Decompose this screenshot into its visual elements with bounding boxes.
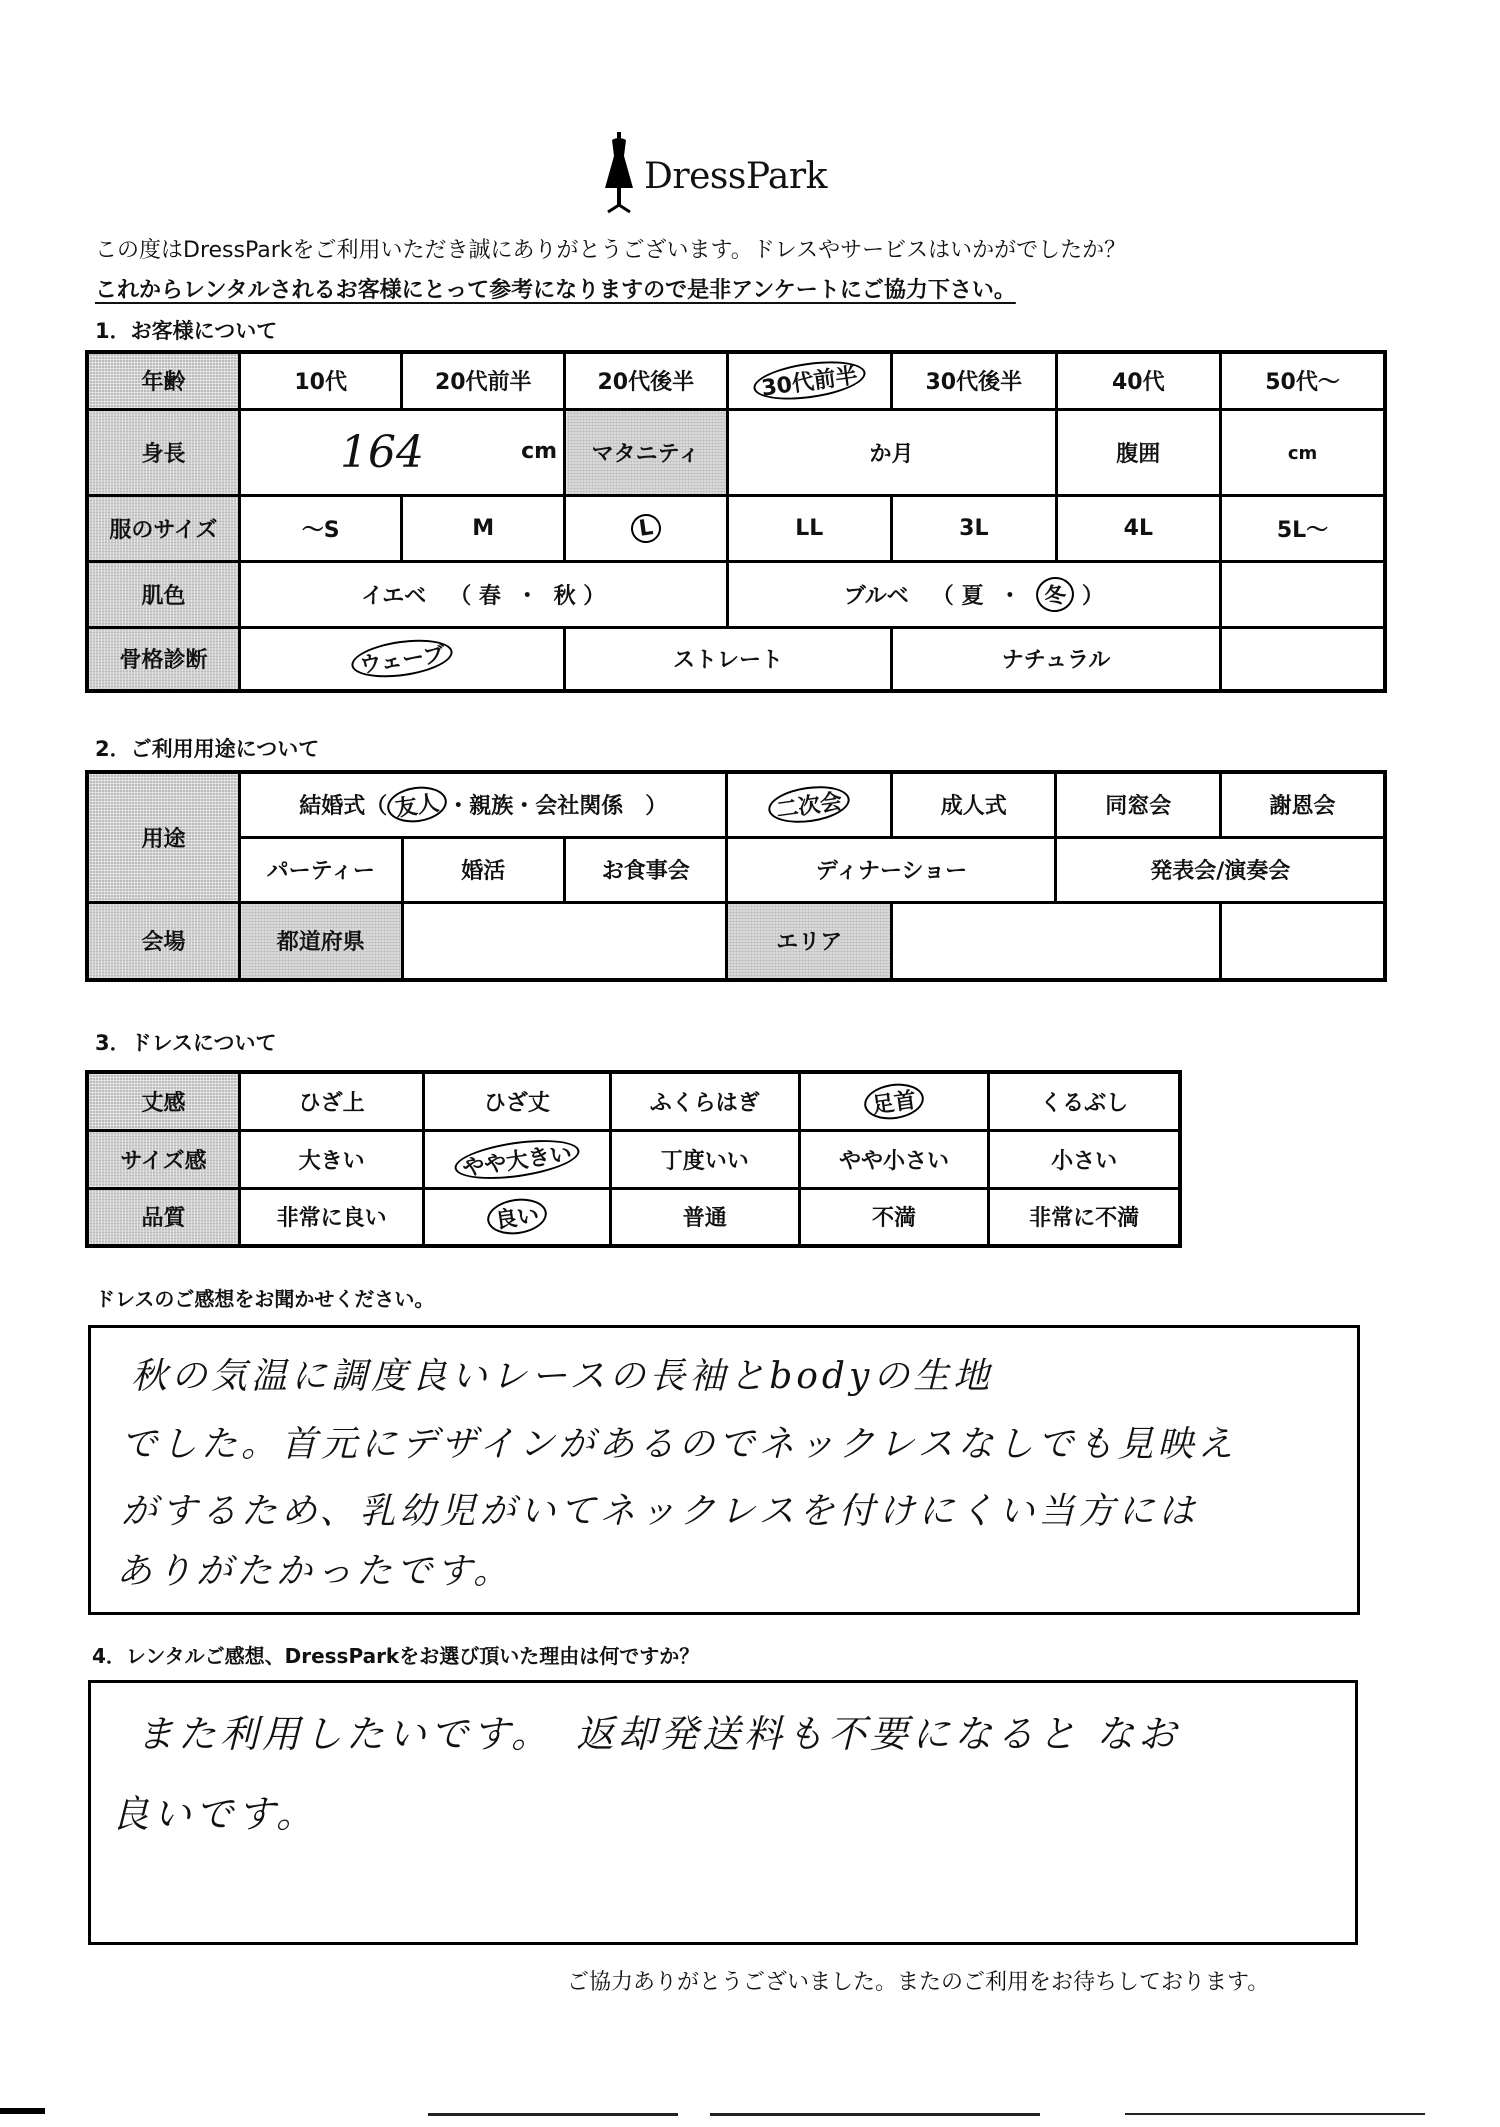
- purpose-option[interactable]: 成人式: [892, 772, 1056, 837]
- age-option[interactable]: 40代: [1056, 352, 1221, 409]
- purpose-option-selected[interactable]: 二次会: [727, 772, 892, 837]
- length-option[interactable]: ひざ丈: [424, 1072, 610, 1130]
- fit-option[interactable]: 小さい: [989, 1130, 1180, 1188]
- section4-title: 4．レンタルご感想、DressParkをお選び頂いた理由は何ですか？: [92, 1640, 699, 1669]
- length-row: 丈感 ひざ上 ひざ丈 ふくらはぎ 足首 くるぶし: [87, 1072, 1180, 1130]
- length-option[interactable]: ふくらはぎ: [610, 1072, 799, 1130]
- height-row: 身長 164 cm マタニティ か月 腹囲 cm: [87, 409, 1385, 495]
- age-option-selected[interactable]: 30代前半: [727, 352, 892, 409]
- signature-line: [1125, 2113, 1425, 2115]
- section2-title: 2．ご利用用途について: [95, 733, 319, 763]
- quality-row: 品質 非常に良い 良い 普通 不満 非常に不満: [87, 1188, 1180, 1246]
- purpose-option[interactable]: ディナーショー: [727, 837, 1056, 902]
- bone-option[interactable]: ナチュラル: [892, 627, 1221, 691]
- empty-cell: [1220, 902, 1385, 980]
- selected-circle: 良い: [485, 1195, 549, 1238]
- size-option[interactable]: 5L～: [1221, 495, 1385, 561]
- purpose-option[interactable]: パーティー: [240, 837, 402, 902]
- answer-line: また利用したいです。 返却発送料も不要になると なお: [136, 1703, 1180, 1758]
- answer-line: 良いです。: [111, 1783, 318, 1838]
- maternity-label: マタニティ: [565, 409, 727, 495]
- age-option[interactable]: 20代前半: [402, 352, 565, 409]
- section3-title: 3．ドレスについて: [95, 1027, 277, 1057]
- height-value: 164: [340, 427, 424, 478]
- intro-text: この度はDressParkをご利用いただき誠にありがとうございます。ドレスやサー…: [95, 233, 1126, 264]
- dress-form-icon: [600, 130, 638, 215]
- intro-request: これからレンタルされるお客様にとって参考になりますので是非アンケートにご協力下さ…: [95, 273, 1016, 304]
- age-option[interactable]: 30代後半: [892, 352, 1057, 409]
- skin-blue-option[interactable]: ブルベ （ 夏 ・ 冬 ）: [727, 561, 1221, 627]
- size-row: 服のサイズ ～S M L LL 3L 4L 5L～: [87, 495, 1385, 561]
- signature-line: [710, 2113, 1040, 2116]
- purpose-option[interactable]: 婚活: [402, 837, 564, 902]
- thanks-message: ご協力ありがとうございました。またのご利用をお待ちしております。: [567, 1965, 1269, 1996]
- selected-circle: ウェーブ: [349, 634, 455, 683]
- waist-field[interactable]: cm: [1221, 409, 1385, 495]
- age-option[interactable]: 10代: [239, 352, 402, 409]
- scan-mark: [0, 2108, 45, 2114]
- size-option[interactable]: 3L: [892, 495, 1057, 561]
- customer-info-table: 年齢 10代 20代前半 20代後半 30代前半 30代後半 40代 50代～ …: [85, 350, 1387, 693]
- length-label: 丈感: [87, 1072, 239, 1130]
- height-unit: cm: [521, 439, 557, 464]
- length-option[interactable]: ひざ上: [239, 1072, 423, 1130]
- age-row: 年齢 10代 20代前半 20代後半 30代前半 30代後半 40代 50代～: [87, 352, 1385, 409]
- dress-rating-table: 丈感 ひざ上 ひざ丈 ふくらはぎ 足首 くるぶし サイズ感 大きい やや大きい …: [85, 1070, 1182, 1248]
- selected-circle: 足首: [862, 1080, 926, 1123]
- prefecture-field[interactable]: [402, 902, 727, 980]
- skin-label: 肌色: [87, 561, 239, 627]
- size-option[interactable]: M: [402, 495, 565, 561]
- signature-line: [428, 2113, 678, 2116]
- bone-row: 骨格診断 ウェーブ ストレート ナチュラル: [87, 627, 1385, 691]
- size-option[interactable]: LL: [727, 495, 892, 561]
- length-option[interactable]: くるぶし: [989, 1072, 1180, 1130]
- usage-table: 用途 結婚式（友人・親族・会社関係 ） 二次会 成人式 同窓会 謝恩会 パーティ…: [85, 770, 1387, 982]
- comment-line: がするため、乳幼児がいてネックレスを付けにくい当方には: [121, 1483, 1198, 1534]
- height-label: 身長: [87, 409, 239, 495]
- selected-circle: 友人: [385, 783, 449, 826]
- wedding-option[interactable]: 結婚式（友人・親族・会社関係 ）: [240, 772, 727, 837]
- maternity-field[interactable]: か月: [727, 409, 1056, 495]
- fit-label: サイズ感: [87, 1130, 239, 1188]
- quality-option[interactable]: 非常に良い: [239, 1188, 423, 1246]
- purpose-option[interactable]: お食事会: [564, 837, 726, 902]
- quality-option[interactable]: 非常に不満: [989, 1188, 1180, 1246]
- quality-option-selected[interactable]: 良い: [424, 1188, 610, 1246]
- waist-label: 腹囲: [1056, 409, 1221, 495]
- bone-option-selected[interactable]: ウェーブ: [239, 627, 564, 691]
- empty-cell: [1221, 627, 1385, 691]
- brand-logo: DressPark: [600, 125, 900, 215]
- purpose-option[interactable]: 謝恩会: [1220, 772, 1385, 837]
- purpose-option[interactable]: 発表会/演奏会: [1056, 837, 1385, 902]
- quality-option[interactable]: 不満: [799, 1188, 988, 1246]
- comment-prompt: ドレスのご感想をお聞かせください。: [95, 1283, 434, 1312]
- brand-name: DressPark: [644, 156, 827, 197]
- prefecture-label: 都道府県: [240, 902, 402, 980]
- size-label: 服のサイズ: [87, 495, 239, 561]
- area-label: エリア: [727, 902, 892, 980]
- area-field[interactable]: [892, 902, 1221, 980]
- fit-option[interactable]: 丁度いい: [610, 1130, 799, 1188]
- age-label: 年齢: [87, 352, 239, 409]
- rental-comment-box[interactable]: また利用したいです。 返却発送料も不要になると なお 良いです。: [88, 1680, 1358, 1945]
- skin-row: 肌色 イエベ （ 春 ・ 秋 ） ブルベ （ 夏 ・ 冬 ）: [87, 561, 1385, 627]
- fit-option[interactable]: やや小さい: [799, 1130, 988, 1188]
- purpose-label: 用途: [87, 772, 240, 902]
- fit-option[interactable]: 大きい: [239, 1130, 423, 1188]
- fit-option-selected[interactable]: やや大きい: [424, 1130, 610, 1188]
- skin-yellow-option[interactable]: イエベ （ 春 ・ 秋 ）: [239, 561, 727, 627]
- length-option-selected[interactable]: 足首: [799, 1072, 988, 1130]
- comment-line: でした。首元にデザインがあるのでネックレスなしでも見映え: [121, 1416, 1237, 1467]
- comment-line: 秋の気温に調度良いレースの長袖とbodyの生地: [131, 1348, 993, 1399]
- selected-circle: L: [629, 512, 663, 545]
- selected-circle: 30代前半: [751, 356, 867, 406]
- venue-label: 会場: [87, 902, 240, 980]
- age-option[interactable]: 20代後半: [565, 352, 727, 409]
- selected-circle: やや大きい: [452, 1133, 582, 1185]
- size-option-selected[interactable]: L: [565, 495, 727, 561]
- fit-row: サイズ感 大きい やや大きい 丁度いい やや小さい 小さい: [87, 1130, 1180, 1188]
- selected-circle: 二次会: [766, 782, 852, 828]
- section1-title: 1．お客様について: [95, 315, 277, 345]
- empty-cell: [1221, 561, 1385, 627]
- comment-line: ありがたかったです。: [116, 1543, 513, 1594]
- bone-label: 骨格診断: [87, 627, 239, 691]
- quality-label: 品質: [87, 1188, 239, 1246]
- size-option[interactable]: 4L: [1056, 495, 1221, 561]
- dress-comment-box[interactable]: 秋の気温に調度良いレースの長袖とbodyの生地 でした。首元にデザインがあるので…: [88, 1325, 1360, 1615]
- height-field[interactable]: 164 cm: [239, 409, 564, 495]
- purpose-option[interactable]: 同窓会: [1056, 772, 1220, 837]
- selected-circle: 冬: [1034, 574, 1077, 614]
- size-option[interactable]: ～S: [239, 495, 402, 561]
- bone-option[interactable]: ストレート: [565, 627, 892, 691]
- quality-option[interactable]: 普通: [610, 1188, 799, 1246]
- age-option[interactable]: 50代～: [1221, 352, 1385, 409]
